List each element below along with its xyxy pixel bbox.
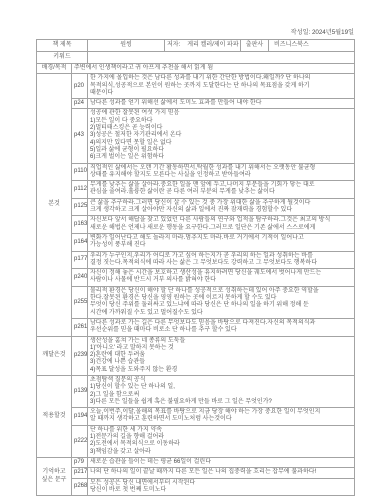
- book-note-table: 책 제목 원씽 저자:게리 켈러/제이 파파 출판사 비즈니스북스 키워드 배경…: [36, 39, 355, 496]
- section-label-apply: 적용할것: [37, 375, 72, 457]
- section-label-seen: 본것: [37, 74, 72, 336]
- page-ref: p217: [72, 468, 88, 478]
- book-note-sheet: 작성일: 2024년5월19일 책 제목 원씽 저자:게리 켈러/제이 파파 출…: [0, 0, 384, 497]
- page-ref: p177: [72, 251, 88, 269]
- note-text: 무게를 낮추는 삶을 살아라.중요한 일을 맨 앞에 두고,나머지 부분들을 기…: [88, 181, 355, 199]
- note-row: 깨달은것 p239 생산성을 훔쳐 가는 네 종류의 도둑들 1)'아니오' 라…: [37, 336, 355, 375]
- publisher-value: 비즈니스북스: [269, 40, 355, 52]
- note-row: p164 변화가 일어난다고 해도 놀라지 마라.멈추지도 마라.바로 거기에서…: [37, 233, 355, 251]
- note-text: 변화가 일어난다고 해도 놀라지 마라.멈추지도 마라.바로 거기에서 기적이 …: [88, 233, 355, 251]
- note-row: 적용할것 p139 초점탐색 질문의 공식 1)당신이 할수 있는 단 하나의 …: [37, 375, 355, 407]
- note-text: 초점탐색 질문의 공식 1)당신이 할수 있는 단 하나의 일, 2)그 일을 …: [88, 375, 355, 407]
- note-row: p268 모든 성공은 당신 내면에서부터 시작된다 당신이 바로 첫 번째 도…: [37, 478, 355, 496]
- note-table-wrapper: 작성일: 2024년5월19일 책 제목 원씽 저자:게리 켈러/제이 파파 출…: [36, 29, 354, 496]
- note-row: p217 나의 단 하나의 일이 끝날 때까지 다른 모든 일은 나의 집중력을…: [37, 468, 355, 478]
- author-cell: 저자:게리 켈러/제이 파파: [165, 40, 241, 52]
- page-ref: p20: [72, 74, 88, 99]
- page-ref: p24: [72, 99, 88, 109]
- book-title-value: 원씽: [88, 40, 165, 52]
- keyword-row: 키워드: [37, 52, 355, 64]
- page-ref: p222: [72, 425, 88, 457]
- publisher-label: 출판사: [241, 40, 269, 52]
- page-ref: p164: [72, 233, 88, 251]
- page-ref: p163: [72, 216, 88, 234]
- page-ref: p79: [72, 457, 88, 467]
- page-ref: p125: [72, 198, 88, 216]
- creation-date: 작성일: 2024년5월19일: [36, 29, 354, 37]
- note-row: p112 무게를 낮추는 삶을 살아라.중요한 일을 맨 앞에 두고,나머지 부…: [37, 181, 355, 199]
- page-ref: p268: [72, 478, 88, 496]
- header-row: 책 제목 원씽 저자:게리 켈러/제이 파파 출판사 비즈니스북스: [37, 40, 355, 52]
- background-text: 주변에서 인생책이라고 귀 아프게 추천을 해서 읽게 됨: [72, 64, 355, 74]
- background-label: 배경/목적: [37, 64, 72, 74]
- note-row: p163 자신보다 앞서 해답을 찾고 있었던 다른 사람들의 연구와 업적을 …: [37, 216, 355, 234]
- page-ref: p139: [72, 375, 88, 407]
- note-text: 우리가 누구인지,우리가 어디로 가고 싶어 하는지가 곧 우리의 하는 일과 …: [88, 251, 355, 269]
- note-text: 한 가지에 몰입하는 것은 남다른 성과를 내기 위한 간단한 방법이다.왜일까…: [88, 74, 355, 99]
- background-row: 배경/목적 주변에서 인생책이라고 귀 아프게 추천을 해서 읽게 됨: [37, 64, 355, 74]
- note-row: p125 큰 삶을 추구하라.그러면 당신이 살 수 있는 것 중 가장 위대한…: [37, 198, 355, 216]
- note-row: p255 물리적 환경은 당신이 해야 할 단 하나를 성공적으로 성취하는데 …: [37, 286, 355, 318]
- note-row: p110 직업적인 삶에서는 오랜 기간 활동하면서,탁월한 성과를 내기 위해…: [37, 163, 355, 181]
- page-ref: p194: [72, 408, 88, 426]
- page-ref: p255: [72, 286, 88, 318]
- note-row: p24 남다른 성과를 얻기 위해선 삶에서 도미노 효과를 만들어 내야 한다: [37, 99, 355, 109]
- note-text: 생산성을 훔쳐 가는 네 종류의 도둑들 1)'아니오' 라고 말하지 못하는 …: [88, 336, 355, 375]
- keyword-value: [88, 52, 355, 64]
- note-text: 나의 단 하나의 일이 끝날 때까지 다른 모든 일은 나의 집중력을 흐리는 …: [88, 468, 355, 478]
- note-row: p194 오늘,이번주,이달,올해의 목표를 바탕으로 지금 당장 해야 하는 …: [37, 408, 355, 426]
- note-row: p222 단 하나를 위한 세 가지 약속 1)전문가의 길을 향해 걸어라 2…: [37, 425, 355, 457]
- note-text: 성공에 관한 잘못된 여섯 가지 믿음 1)모든 일이 다 중요하다 2)멀티태…: [88, 109, 355, 163]
- note-text: 남다른 성과로 가는 길은 다른 무엇보다도 믿음을 바탕으로 다져진다.자신의…: [88, 318, 355, 336]
- note-text: 오늘,이번주,이달,올해의 목표를 바탕으로 지금 당장 해야 하는 가장 중요…: [88, 408, 355, 426]
- page-ref: p43: [72, 109, 88, 163]
- page-ref: p261: [72, 318, 88, 336]
- section-label-realized: 깨달은것: [37, 336, 72, 375]
- book-title-label: 책 제목: [37, 40, 88, 52]
- keyword-label: 키워드: [37, 52, 88, 64]
- page-ref: p112: [72, 181, 88, 199]
- note-text: 물리적 환경은 당신이 해야 할 단 하나를 성공적으로 성취하는데 있어 아주…: [88, 286, 355, 318]
- note-text: 자신이 정해 놓은 시간을 보호하고 생산성을 유지하려면 당신을 궤도에서 벗…: [88, 269, 355, 287]
- note-row: 본것 p20 한 가지에 몰입하는 것은 남다른 성과를 내기 위한 간단한 방…: [37, 74, 355, 99]
- note-text: 큰 삶을 추구하라.그러면 당신이 살 수 있는 것 중 가장 위대한 삶을 추…: [88, 198, 355, 216]
- note-text: 새로운 습관을 들이는 데는 평균 66일이 걸린다: [88, 457, 355, 467]
- note-text: 남다른 성과를 얻기 위해선 삶에서 도미노 효과를 만들어 내야 한다: [88, 99, 355, 109]
- page-ref: p240: [72, 269, 88, 287]
- page-ref: p110: [72, 163, 88, 181]
- note-row: p177 우리가 누구인지,우리가 어디로 가고 싶어 하는지가 곧 우리의 하…: [37, 251, 355, 269]
- note-text: 직업적인 삶에서는 오랜 기간 활동하면서,탁월한 성과를 내기 위해서는 오랫…: [88, 163, 355, 181]
- author-value: 게리 켈러/제이 파파: [187, 42, 238, 48]
- note-row: p43 성공에 관한 잘못된 여섯 가지 믿음 1)모든 일이 다 중요하다 2…: [37, 109, 355, 163]
- page-ref: p239: [72, 336, 88, 375]
- note-row: p240 자신이 정해 놓은 시간을 보호하고 생산성을 유지하려면 당신을 궤…: [37, 269, 355, 287]
- section-label-quotes: 기억하고 싶은 문구: [37, 457, 72, 495]
- author-label: 저자:: [167, 42, 180, 48]
- note-text: 모든 성공은 당신 내면에서부터 시작된다 당신이 바로 첫 번째 도미노다: [88, 478, 355, 496]
- note-row: 기억하고 싶은 문구 p79 새로운 습관을 들이는 데는 평균 66일이 걸린…: [37, 457, 355, 467]
- note-row: p261 남다른 성과로 가는 길은 다른 무엇보다도 믿음을 바탕으로 다져진…: [37, 318, 355, 336]
- note-text: 자신보다 앞서 해답을 찾고 있었던 다른 사람들의 연구와 업적을 탐구하라.…: [88, 216, 355, 234]
- note-text: 단 하나를 위한 세 가지 약속 1)전문가의 길을 향해 걸어라 2)도전에서…: [88, 425, 355, 457]
